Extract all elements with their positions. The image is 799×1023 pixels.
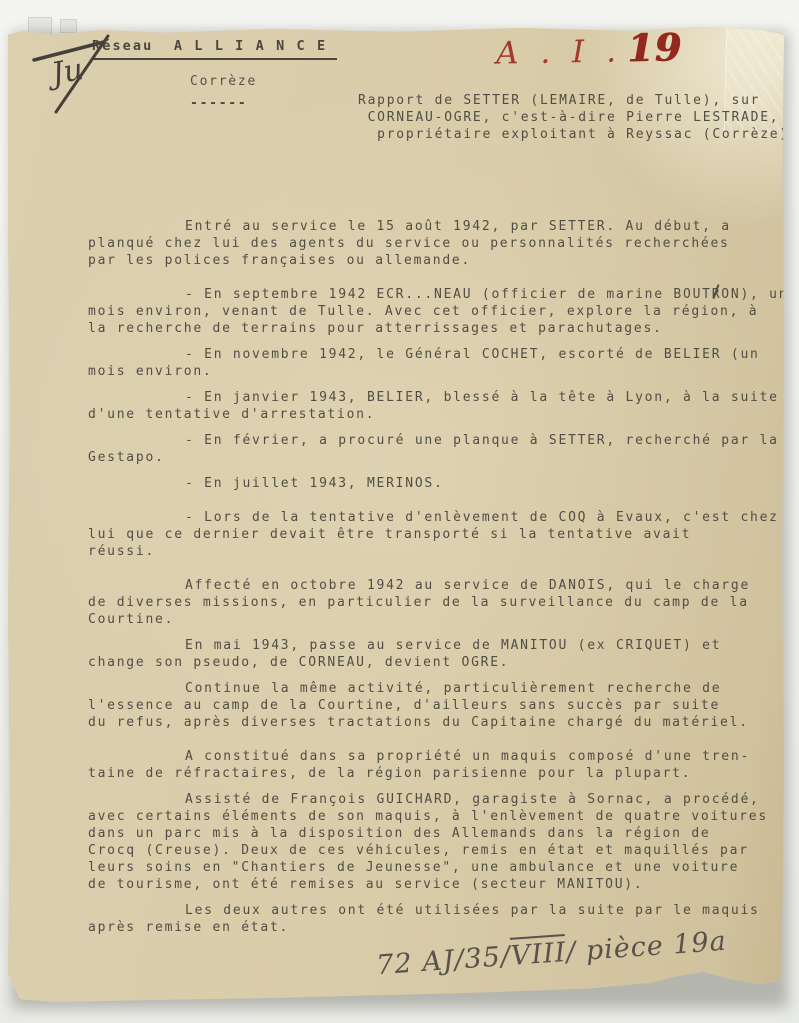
paragraph-6: - En juillet 1943, MERINOS. <box>88 475 782 492</box>
paragraph-11: A constitué dans sa propriété un maquis … <box>88 748 782 782</box>
paragraph-10: Continue la même activité, particulièrem… <box>88 680 782 731</box>
divider-dashes: ------ <box>190 95 247 112</box>
archive-reference-roman: VIII <box>510 934 568 972</box>
initials-text: Ju <box>43 52 86 93</box>
archive-reference-prefix: 72 AJ/35/ <box>375 941 512 981</box>
paragraph-1: Entré au service le 15 août 1942, par SE… <box>88 218 782 269</box>
classification-prefix: A . I . <box>496 33 623 71</box>
paragraph-8: Affecté en octobre 1942 au service de DA… <box>88 577 782 628</box>
paragraph-2-before: - En septembre 1942 ECR...NEAU (officier… <box>185 287 712 302</box>
network-title: Réseau A L L I A N C E <box>92 38 337 60</box>
tape-piece <box>60 19 77 33</box>
paragraph-12: Assisté de François GUICHARD, garagiste … <box>88 791 782 893</box>
report-heading: Rapport de SETTER (LEMAIRE, de Tulle), s… <box>358 92 799 143</box>
document-page: Ju Réseau A L L I A N C E Corrèze ------… <box>8 26 784 1002</box>
classification-mark: A . I . 19 <box>496 24 683 72</box>
paragraph-4: - En janvier 1943, BELIER, blessé à la t… <box>88 389 782 423</box>
paragraph-9: En mai 1943, passe au service de MANITOU… <box>88 637 782 671</box>
paragraph-5: - En février, a procuré une planque à SE… <box>88 432 782 466</box>
paragraph-3: - En novembre 1942, le Général COCHET, e… <box>88 346 782 380</box>
document-scan: { "colors": { "paper": "#d9cdab", "ink":… <box>0 0 799 1023</box>
report-body: Entré au service le 15 août 1942, par SE… <box>88 218 782 945</box>
classification-number: 19 <box>627 24 683 70</box>
paragraph-7: - Lors de la tentative d'enlèvement de C… <box>88 509 782 560</box>
region-label: Corrèze <box>190 73 257 90</box>
paragraph-2: - En septembre 1942 ECR...NEAU (officier… <box>88 286 782 337</box>
